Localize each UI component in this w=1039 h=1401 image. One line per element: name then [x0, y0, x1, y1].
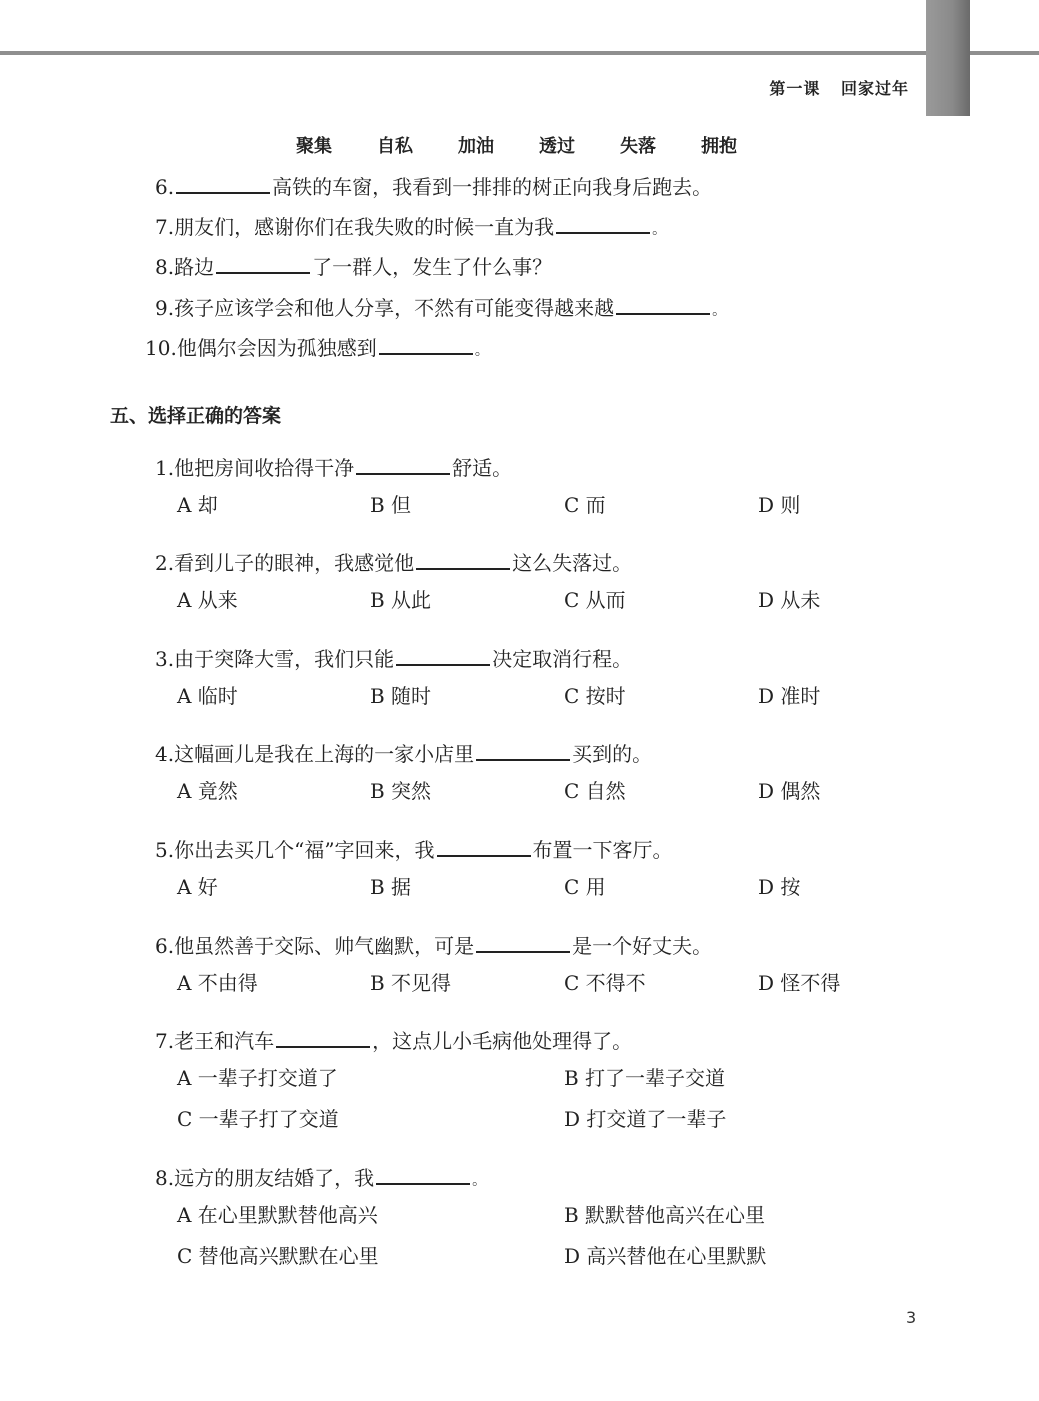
option-a[interactable]: A 临时	[177, 684, 238, 708]
answer-blank[interactable]	[216, 252, 310, 274]
answer-blank[interactable]	[376, 1163, 470, 1185]
option-a[interactable]: A 不由得	[177, 971, 258, 995]
option-a[interactable]: A 好	[177, 875, 218, 899]
option-c[interactable]: C 替他高兴默默在心里	[177, 1244, 379, 1268]
question: 8.远方的朋友结婚了，我。	[155, 1163, 486, 1193]
option-b[interactable]: B 不见得	[370, 971, 451, 995]
option-b[interactable]: B 突然	[370, 779, 431, 803]
answer-blank[interactable]	[276, 1026, 370, 1048]
option-d[interactable]: D 怪不得	[758, 971, 840, 995]
lesson-title: 回家过年	[841, 79, 909, 98]
option-b[interactable]: B 随时	[370, 684, 431, 708]
option-b[interactable]: B 打了一辈子交道	[564, 1066, 725, 1090]
question: 5.你出去买几个“福”字回来，我布置一下客厅。	[155, 835, 673, 862]
running-header: 第一课 回家过年	[769, 76, 909, 99]
question: 1.他把房间收拾得干净舒适。	[155, 453, 512, 480]
fill-in-item: 8.路边了一群人，发生了什么事？	[155, 252, 552, 279]
option-c[interactable]: C 用	[564, 875, 606, 899]
chapter-tab-marker	[926, 0, 970, 116]
header-rule	[0, 51, 1039, 55]
option-a[interactable]: A 在心里默默替他高兴	[177, 1203, 378, 1227]
word-bank: 聚集 自私 加油 透过 失落 拥抱	[296, 132, 782, 158]
question: 3.由于突降大雪，我们只能决定取消行程。	[155, 644, 632, 671]
option-d[interactable]: D 按	[758, 875, 800, 899]
lesson-number: 第一课	[769, 79, 820, 98]
option-d[interactable]: D 偶然	[758, 779, 820, 803]
option-c[interactable]: C 从而	[564, 588, 626, 612]
word-bank-item: 透过	[539, 132, 620, 158]
option-c[interactable]: C 而	[564, 493, 606, 517]
word-bank-item: 拥抱	[701, 132, 782, 158]
answer-blank[interactable]	[616, 293, 710, 315]
option-b[interactable]: B 但	[370, 493, 411, 517]
option-d[interactable]: D 打交道了一辈子	[564, 1107, 726, 1131]
option-d[interactable]: D 高兴替他在心里默默	[564, 1244, 766, 1268]
question: 2.看到儿子的眼神，我感觉他这么失落过。	[155, 548, 632, 575]
question: 7.老王和汽车，这点儿小毛病他处理得了。	[155, 1026, 632, 1053]
answer-blank[interactable]	[556, 212, 650, 234]
answer-blank[interactable]	[379, 333, 473, 355]
option-b[interactable]: B 从此	[370, 588, 431, 612]
page-number: 3	[906, 1308, 916, 1327]
option-c[interactable]: C 按时	[564, 684, 626, 708]
answer-blank[interactable]	[416, 548, 510, 570]
option-a[interactable]: A 却	[177, 493, 218, 517]
answer-blank[interactable]	[437, 835, 531, 857]
fill-in-item: 7.朋友们，感谢你们在我失败的时候一直为我。	[155, 212, 666, 242]
answer-blank[interactable]	[176, 172, 270, 194]
option-a[interactable]: A 从来	[177, 588, 238, 612]
fill-in-item: 9.孩子应该学会和他人分享，不然有可能变得越来越。	[155, 293, 726, 323]
word-bank-item: 自私	[377, 132, 458, 158]
fill-in-item: 6.高铁的车窗，我看到一排排的树正向我身后跑去。	[155, 172, 712, 199]
question: 4.这幅画儿是我在上海的一家小店里买到的。	[155, 739, 652, 766]
answer-blank[interactable]	[476, 739, 570, 761]
fill-in-item: 10.他偶尔会因为孤独感到。	[145, 333, 489, 363]
option-c[interactable]: C 自然	[564, 779, 626, 803]
option-d[interactable]: D 从未	[758, 588, 820, 612]
option-d[interactable]: D 则	[758, 493, 800, 517]
option-a[interactable]: A 一辈子打交道了	[177, 1066, 338, 1090]
question: 6.他虽然善于交际、帅气幽默，可是是一个好丈夫。	[155, 931, 712, 958]
answer-blank[interactable]	[476, 931, 570, 953]
option-b[interactable]: B 默默替他高兴在心里	[564, 1203, 765, 1227]
word-bank-item: 失落	[620, 132, 701, 158]
answer-blank[interactable]	[356, 453, 450, 475]
option-c[interactable]: C 不得不	[564, 971, 646, 995]
word-bank-item: 加油	[458, 132, 539, 158]
word-bank-item: 聚集	[296, 132, 377, 158]
option-b[interactable]: B 据	[370, 875, 411, 899]
option-a[interactable]: A 竟然	[177, 779, 238, 803]
option-d[interactable]: D 准时	[758, 684, 820, 708]
section-title: 五、选择正确的答案	[110, 401, 281, 428]
option-c[interactable]: C 一辈子打了交道	[177, 1107, 339, 1131]
answer-blank[interactable]	[396, 644, 490, 666]
